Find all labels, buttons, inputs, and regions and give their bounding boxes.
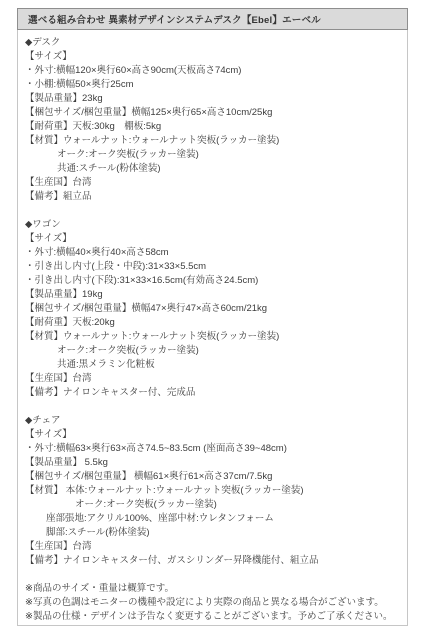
spec-content: ◆デスク 【サイズ】 ・外寸:横幅120×奥行60×高さ90cm(天板高さ74c…	[18, 30, 407, 624]
note-line: ※製品の仕様・デザインは予告なく変更することがございます。予めご了承ください。	[25, 610, 401, 624]
spec-line: 【備考】ナイロンキャスター付、完成品	[25, 386, 401, 400]
section-separator	[25, 568, 401, 582]
spec-line: ・外寸:横幅120×奥行60×高さ90cm(天板高さ74cm)	[25, 64, 401, 78]
section-heading-chair: ◆チェア	[25, 414, 401, 428]
spec-line: ・外寸:横幅40×奥行40×高さ58cm	[25, 246, 401, 260]
spec-line: 【材質】 本体:ウォールナット:ウォールナット突板(ラッカー塗装)	[25, 484, 401, 498]
spec-line: ・引き出し内寸(上段・中段):31×33×5.5cm	[25, 260, 401, 274]
spec-line: ・外寸:横幅63×奥行63×高さ74.5~83.5cm (座面高さ39~48cm…	[25, 442, 401, 456]
spec-line: 【生産国】台湾	[25, 176, 401, 190]
spec-line: ・小棚:横幅50×奥行25cm	[25, 78, 401, 92]
spec-line: 【生産国】台湾	[25, 540, 401, 554]
spec-line: 【梱包サイズ/梱包重量】横幅125×奥行65×高さ10cm/25kg	[25, 106, 401, 120]
spec-line: 【材質】ウォールナット:ウォールナット突板(ラッカー塗装)	[25, 330, 401, 344]
spec-line: 【耐荷重】天板:20kg	[25, 316, 401, 330]
spec-line: 【材質】ウォールナット:ウォールナット突板(ラッカー塗装)	[25, 134, 401, 148]
spec-line: 【梱包サイズ/梱包重量】 横幅61×奥行61×高さ37cm/7.5kg	[25, 470, 401, 484]
spec-line: 【サイズ】	[25, 50, 401, 64]
spec-line: 【製品重量】 5.5kg	[25, 456, 401, 470]
spec-line: 【サイズ】	[25, 232, 401, 246]
spec-line: 共通:スチール(粉体塗装)	[25, 162, 401, 176]
spec-panel: 選べる組み合わせ 異素材デザインシステムデスク【Ebel】エーベル ◆デスク 【…	[17, 8, 408, 626]
note-line: ※商品のサイズ・重量は概算です。	[25, 582, 401, 596]
spec-line: 座部張地:アクリル100%、座部中材:ウレタンフォーム	[25, 512, 401, 526]
section-separator	[25, 204, 401, 218]
spec-line: 【備考】ナイロンキャスター付、ガスシリンダー昇降機能付、組立品	[25, 554, 401, 568]
note-line: ※写真の色調はモニターの機種や設定により実際の商品と異なる場合がございます。	[25, 596, 401, 610]
section-heading-wagon: ◆ワゴン	[25, 218, 401, 232]
spec-line: 共通:黒メラミン化粧板	[25, 358, 401, 372]
section-heading-desk: ◆デスク	[25, 36, 401, 50]
spec-line: 【製品重量】23kg	[25, 92, 401, 106]
spec-line: 【耐荷重】天板:30kg 棚板:5kg	[25, 120, 401, 134]
spec-line: 【製品重量】19kg	[25, 288, 401, 302]
spec-line: 【備考】組立品	[25, 190, 401, 204]
section-separator	[25, 400, 401, 414]
spec-line: 【梱包サイズ/梱包重量】横幅47×奥行47×高さ60cm/21kg	[25, 302, 401, 316]
spec-line: 【サイズ】	[25, 428, 401, 442]
spec-line: オーク:オーク突板(ラッカー塗装)	[25, 498, 401, 512]
product-title-bar: 選べる組み合わせ 異素材デザインシステムデスク【Ebel】エーベル	[17, 8, 408, 30]
product-title: 選べる組み合わせ 異素材デザインシステムデスク【Ebel】エーベル	[28, 12, 321, 26]
spec-line: オーク:オーク突板(ラッカー塗装)	[25, 148, 401, 162]
spec-line: オーク:オーク突板(ラッカー塗装)	[25, 344, 401, 358]
spec-line: ・引き出し内寸(下段):31×33×16.5cm(有効高さ24.5cm)	[25, 274, 401, 288]
spec-line: 脚部:スチール(粉体塗装)	[25, 526, 401, 540]
spec-line: 【生産国】台湾	[25, 372, 401, 386]
